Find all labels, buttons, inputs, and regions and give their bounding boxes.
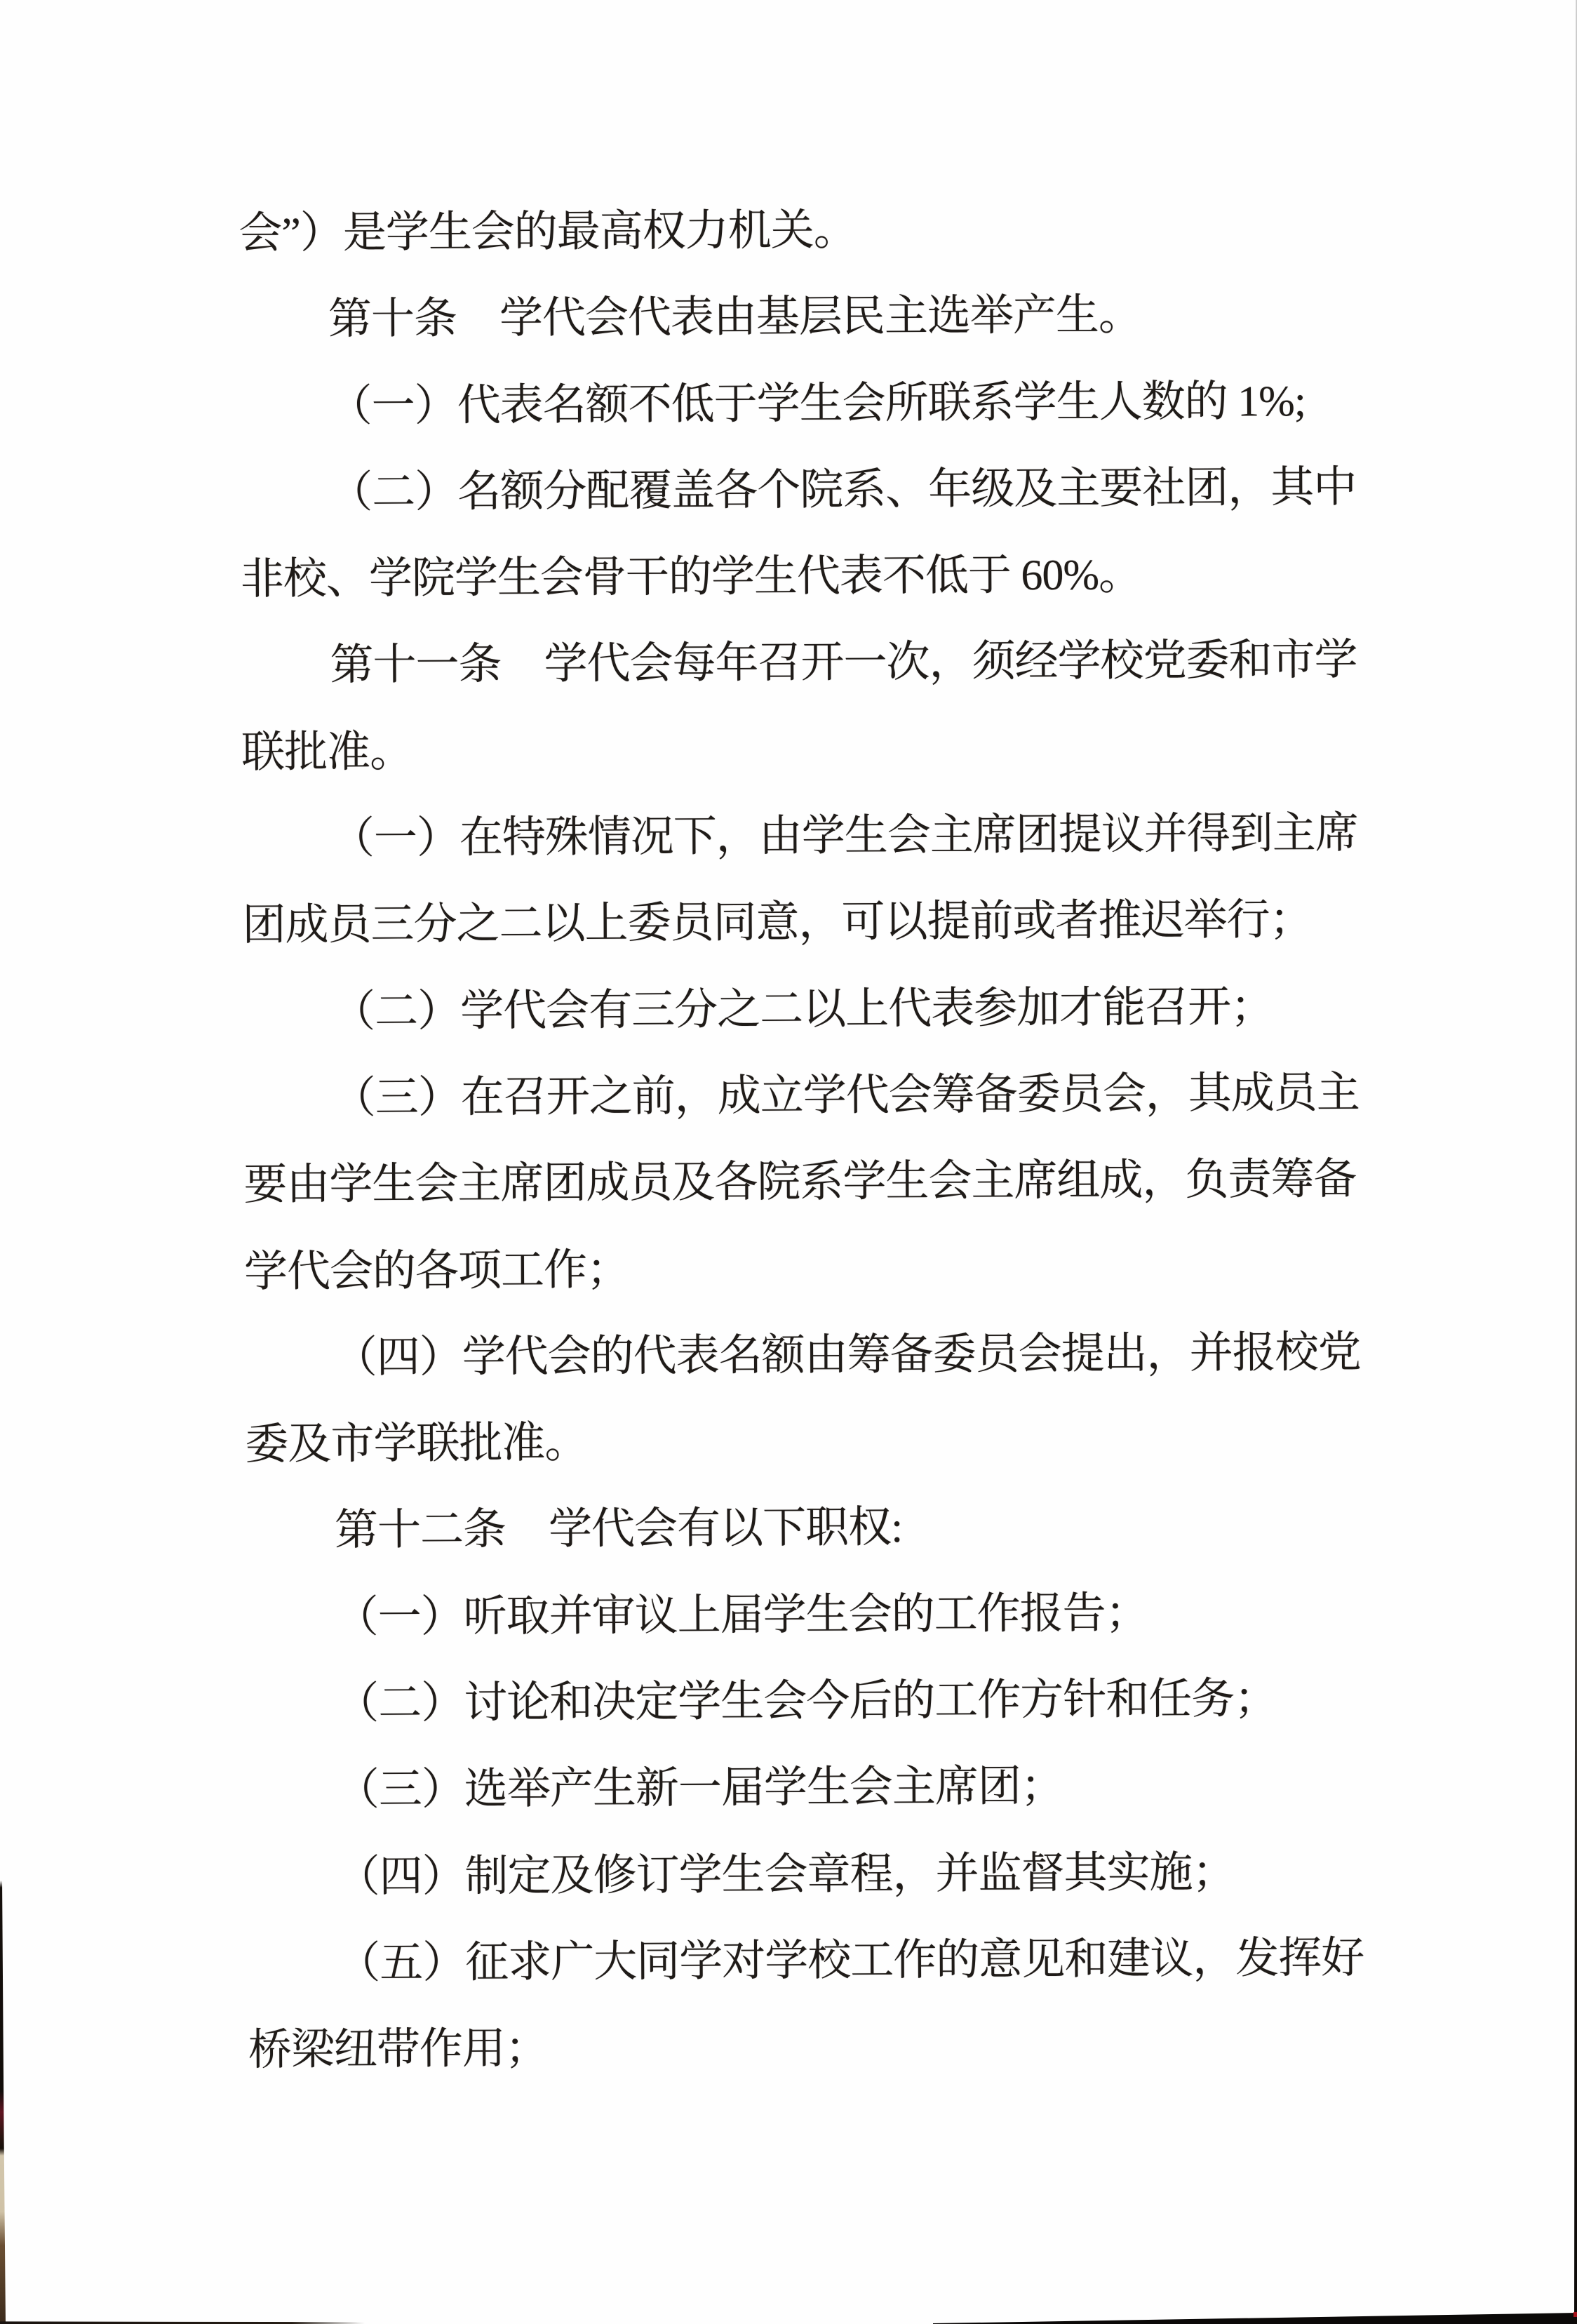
document-page: 会”）是学生会的最高权力机关。第十条 学代会代表由基层民主选举产生。（一）代表名… xyxy=(0,0,1577,2324)
text-line: 联批准。 xyxy=(241,704,1347,797)
text-line: （四）制定及修订学生会章程，并监督其实施； xyxy=(247,1829,1353,1921)
text-line: （一）听取并审议上届学生会的工作报告； xyxy=(246,1569,1351,1662)
text-line: 桥梁纽带作用； xyxy=(248,2002,1354,2095)
text-line: （二）讨论和决定学生会今后的工作方针和任务； xyxy=(246,1656,1352,1749)
scan-artifact-bottom-edge-right xyxy=(933,2313,1577,2324)
text-line: （三）选举产生新一届学生会主席团； xyxy=(247,1742,1353,1835)
text-line: 第十一条 学代会每年召开一次，须经学校党委和市学 xyxy=(241,617,1346,710)
text-line: 要由学生会主席团成员及各院系学生会主席组成，负责筹备 xyxy=(243,1137,1349,1229)
text-line: 团成员三分之二以上委员同意，可以提前或者推迟举行； xyxy=(242,877,1348,970)
text-line: （二）学代会有三分之二以上代表参加才能召开； xyxy=(243,963,1348,1056)
text-line: 学代会的各项工作； xyxy=(244,1223,1350,1316)
scan-artifact-right-edge xyxy=(1574,0,1577,2324)
scan-artifact-corner-mark xyxy=(1573,2312,1577,2317)
text-line: 委及市学联批准。 xyxy=(245,1396,1350,1489)
scan-artifact-bottom-edge-left xyxy=(0,2320,365,2324)
scan-artifact-left-edge xyxy=(0,1881,6,2324)
document-body: 会”）是学生会的最高权力机关。第十条 学代会代表由基层民主选举产生。（一）代表名… xyxy=(239,185,1353,2095)
text-line: 第十二条 学代会有以下职权: xyxy=(246,1483,1351,1575)
text-line: 第十条 学代会代表由基层民主选举产生。 xyxy=(239,272,1345,364)
text-line: （三）在召开之前，成立学代会筹备委员会，其成员主 xyxy=(243,1050,1348,1143)
text-line: （四）学代会的代表名额由筹备委员会提出，并报校党 xyxy=(244,1310,1350,1403)
text-line: （五）征求广大同学对学校工作的意见和建议，发挥好 xyxy=(248,1916,1353,2008)
text-line: （一）代表名额不低于学生会所联系学生人数的 1%; xyxy=(239,358,1345,450)
text-line: 非校、学院学生会骨干的学生代表不低于 60%。 xyxy=(241,531,1346,624)
text-line: 会”）是学生会的最高权力机关。 xyxy=(239,185,1344,278)
text-line: （二）名额分配覆盖各个院系、年级及主要社团，其中 xyxy=(240,445,1346,537)
text-line: （一）在特殊情况下，由学生会主席团提议并得到主席 xyxy=(242,791,1348,883)
